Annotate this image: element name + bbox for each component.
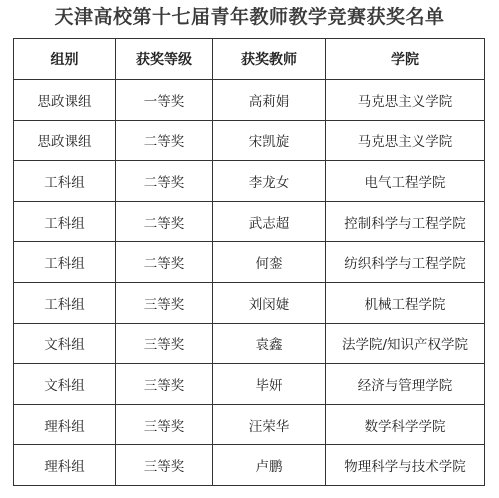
table-row: 理科组 三等奖 卢鹏 物理科学与技术学院 xyxy=(14,445,485,486)
header-college: 学院 xyxy=(326,39,485,80)
cell-group: 思政课组 xyxy=(14,120,116,161)
cell-group: 工科组 xyxy=(14,282,116,323)
cell-college: 法学院/知识产权学院 xyxy=(326,323,485,364)
cell-teacher: 宋凯旋 xyxy=(213,120,326,161)
cell-award-level: 二等奖 xyxy=(116,120,213,161)
cell-teacher: 汪荣华 xyxy=(213,404,326,445)
cell-award-level: 二等奖 xyxy=(116,242,213,283)
cell-group: 工科组 xyxy=(14,201,116,242)
table-row: 思政课组 一等奖 高莉娟 马克思主义学院 xyxy=(14,80,485,121)
page-title: 天津高校第十七届青年教师教学竞赛获奖名单 xyxy=(0,4,499,30)
cell-award-level: 一等奖 xyxy=(116,80,213,121)
cell-group: 思政课组 xyxy=(14,80,116,121)
header-teacher: 获奖教师 xyxy=(213,39,326,80)
cell-teacher: 袁鑫 xyxy=(213,323,326,364)
cell-college: 机械工程学院 xyxy=(326,282,485,323)
cell-award-level: 三等奖 xyxy=(116,445,213,486)
cell-college: 马克思主义学院 xyxy=(326,80,485,121)
table-row: 文科组 三等奖 毕妍 经济与管理学院 xyxy=(14,364,485,405)
table-row: 文科组 三等奖 袁鑫 法学院/知识产权学院 xyxy=(14,323,485,364)
cell-teacher: 刘闵婕 xyxy=(213,282,326,323)
cell-teacher: 毕妍 xyxy=(213,364,326,405)
cell-group: 工科组 xyxy=(14,161,116,202)
cell-award-level: 二等奖 xyxy=(116,201,213,242)
cell-group: 工科组 xyxy=(14,242,116,283)
awards-table: 组别 获奖等级 获奖教师 学院 思政课组 一等奖 高莉娟 马克思主义学院 思政课… xyxy=(13,38,485,486)
table-row: 工科组 二等奖 武志超 控制科学与工程学院 xyxy=(14,201,485,242)
cell-award-level: 三等奖 xyxy=(116,404,213,445)
cell-group: 文科组 xyxy=(14,364,116,405)
cell-teacher: 李龙女 xyxy=(213,161,326,202)
cell-college: 马克思主义学院 xyxy=(326,120,485,161)
header-group: 组别 xyxy=(14,39,116,80)
cell-college: 控制科学与工程学院 xyxy=(326,201,485,242)
cell-group: 理科组 xyxy=(14,445,116,486)
cell-teacher: 何銮 xyxy=(213,242,326,283)
cell-teacher: 卢鹏 xyxy=(213,445,326,486)
cell-award-level: 三等奖 xyxy=(116,323,213,364)
cell-college: 物理科学与技术学院 xyxy=(326,445,485,486)
header-award-level: 获奖等级 xyxy=(116,39,213,80)
table-header-row: 组别 获奖等级 获奖教师 学院 xyxy=(14,39,485,80)
cell-group: 理科组 xyxy=(14,404,116,445)
cell-group: 文科组 xyxy=(14,323,116,364)
cell-award-level: 二等奖 xyxy=(116,161,213,202)
table-row: 工科组 三等奖 刘闵婕 机械工程学院 xyxy=(14,282,485,323)
cell-college: 数学科学学院 xyxy=(326,404,485,445)
cell-award-level: 三等奖 xyxy=(116,282,213,323)
cell-college: 纺织科学与工程学院 xyxy=(326,242,485,283)
cell-college: 电气工程学院 xyxy=(326,161,485,202)
cell-teacher: 武志超 xyxy=(213,201,326,242)
cell-college: 经济与管理学院 xyxy=(326,364,485,405)
cell-teacher: 高莉娟 xyxy=(213,80,326,121)
table-row: 思政课组 二等奖 宋凯旋 马克思主义学院 xyxy=(14,120,485,161)
table-row: 工科组 二等奖 李龙女 电气工程学院 xyxy=(14,161,485,202)
table-row: 工科组 二等奖 何銮 纺织科学与工程学院 xyxy=(14,242,485,283)
cell-award-level: 三等奖 xyxy=(116,364,213,405)
table-row: 理科组 三等奖 汪荣华 数学科学学院 xyxy=(14,404,485,445)
